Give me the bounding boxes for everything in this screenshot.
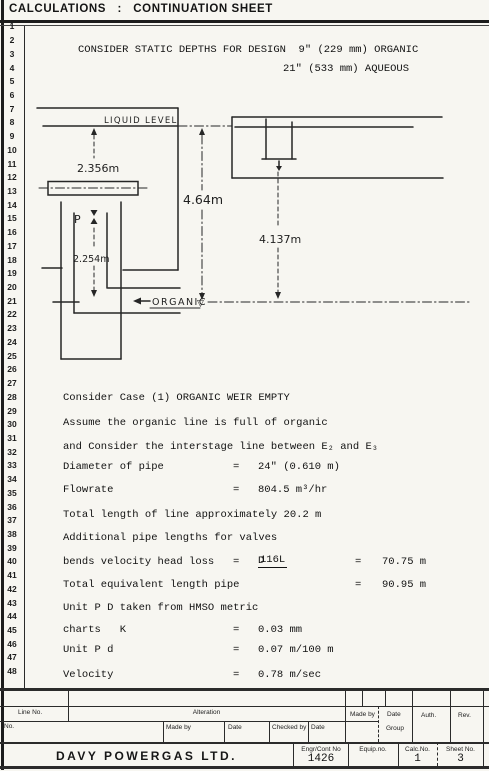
- row-text: Additional pipe lengths for valves: [63, 532, 277, 544]
- row-value: 804.5 m³/hr: [258, 484, 327, 496]
- row-label: Unit P d: [63, 644, 113, 656]
- weir-outlet-arrowhead: [276, 166, 282, 171]
- calc-no-label: Calc.No.: [399, 746, 436, 753]
- right-vessel-outline: [232, 117, 443, 178]
- row-text: Assume the organic line is full of organ…: [63, 417, 328, 429]
- dimension-upper-left: 2.356m: [77, 128, 119, 175]
- equals-sign: =: [233, 644, 239, 656]
- calc-row: and Consider the interstage line between…: [0, 441, 489, 455]
- level-symbol: ▽: [197, 299, 204, 309]
- pump-label: P: [74, 213, 81, 226]
- row-value: 0.03 mm: [258, 624, 302, 636]
- divider: [0, 721, 378, 722]
- equals-sign: =: [233, 461, 239, 473]
- row-value: 0.07 m/100 m: [258, 644, 334, 656]
- equals-sign: =: [355, 556, 361, 568]
- divider: [450, 688, 451, 742]
- checked-by-label: Checked by: [272, 724, 306, 731]
- date-label: Date: [228, 724, 242, 731]
- calc-row: Flowrate = 804.5 m³/hr: [0, 484, 489, 498]
- equip-no-label: Equip.no.: [349, 746, 397, 753]
- row-text: Consider Case (1) ORGANIC WEIR EMPTY: [63, 392, 290, 404]
- calc-row: Total equivalent length pipe = 90.95 m: [0, 579, 489, 593]
- pump-marker: P: [74, 210, 98, 226]
- divider: [345, 688, 346, 742]
- made-by-label: Made by: [166, 724, 191, 731]
- divider: [224, 721, 225, 742]
- divider: [293, 742, 294, 766]
- calc-row: bends velocity head loss = 116LD = 70.75…: [0, 556, 489, 570]
- calc-row: Diameter of pipe = 24" (0.610 m): [0, 461, 489, 475]
- divider: [483, 688, 484, 766]
- dimension-right: 4.137m: [259, 172, 301, 299]
- calc-row: Unit P d = 0.07 m/100 m: [0, 644, 489, 658]
- row-label: Flowrate: [63, 484, 113, 496]
- row-text: Total length of line approximately 20.2 …: [63, 509, 321, 521]
- sheet-no-value: 3: [438, 753, 483, 765]
- calc-row: charts K = 0.03 mm: [0, 624, 489, 638]
- row-label: bends velocity head loss: [63, 556, 214, 568]
- dim-label-2356: 2.356m: [77, 162, 119, 175]
- row-value: 24" (0.610 m): [258, 461, 340, 473]
- title-block: Line No. Alteration Made by Date Auth. R…: [0, 688, 489, 771]
- divider: [362, 688, 363, 706]
- organic-level-annotation: ORGANIC ▽: [133, 297, 470, 309]
- date-label: Date: [387, 711, 401, 718]
- no-label: No.: [4, 723, 14, 730]
- company-name: DAVY POWERGAS LTD.: [0, 749, 293, 763]
- calc-row: Consider Case (1) ORGANIC WEIR EMPTY: [0, 392, 489, 406]
- divider: [308, 721, 309, 742]
- row-label: charts K: [63, 624, 126, 636]
- left-vessel-outline: [37, 108, 180, 359]
- calc-row: Velocity = 0.78 m/sec: [0, 669, 489, 683]
- calculation-sheet: CALCULATIONS : CONTINUATION SHEET 123456…: [0, 0, 489, 771]
- row-value: 0.78 m/sec: [258, 669, 321, 681]
- equals-sign: =: [233, 484, 239, 496]
- divider: [163, 721, 164, 742]
- rev-label: Rev.: [458, 712, 471, 719]
- row-value: 90.95 m: [382, 579, 426, 591]
- left-vessel-centerlines: [39, 126, 232, 188]
- calc-no-value: 1: [399, 753, 436, 765]
- dimension-lower-left: 2.254m: [73, 228, 109, 297]
- calc-row: Additional pipe lengths for valves: [0, 532, 489, 546]
- divider: [0, 742, 489, 744]
- divider: [0, 706, 489, 707]
- equals-sign: =: [233, 669, 239, 681]
- row-label: Velocity: [63, 669, 113, 681]
- fraction-denominator: D: [258, 555, 264, 567]
- date-label: Date: [311, 724, 325, 731]
- made-by-label: Made by: [350, 711, 375, 718]
- divider: [378, 706, 379, 742]
- auth-label: Auth.: [421, 712, 436, 719]
- divider: [412, 688, 413, 742]
- group-label: Group: [378, 725, 412, 732]
- engr-cont-no-label: Engr/Cont No: [295, 746, 347, 753]
- divider: [269, 721, 270, 742]
- equals-sign: =: [233, 624, 239, 636]
- divider: [0, 688, 489, 691]
- dim-label-4137: 4.137m: [259, 233, 301, 246]
- engr-cont-no-value: 1426: [295, 753, 347, 765]
- divider: [0, 766, 489, 769]
- calc-row: Unit P D taken from HMSO metric: [0, 602, 489, 616]
- divider: [385, 688, 386, 706]
- dim-label-2254: 2.254m: [73, 254, 109, 265]
- equals-sign: =: [355, 579, 361, 591]
- row-label: Total equivalent length pipe: [63, 579, 239, 591]
- line-no-label: Line No.: [18, 709, 42, 716]
- row-label: Diameter of pipe: [63, 461, 164, 473]
- calc-row: Assume the organic line is full of organ…: [0, 417, 489, 431]
- row-value: 70.75 m: [382, 556, 426, 568]
- dim-label-464: 4.64m: [183, 192, 223, 207]
- row-text: and Consider the interstage line between…: [63, 441, 378, 453]
- row-text: Unit P D taken from HMSO metric: [63, 602, 258, 614]
- liquid-level-label: LIQUID LEVEL: [104, 116, 178, 126]
- dimension-center: 4.64m: [183, 128, 223, 300]
- alteration-label: Alteration: [68, 709, 345, 716]
- sheet-no-label: Sheet No.: [438, 746, 483, 753]
- calc-row: Total length of line approximately 20.2 …: [0, 509, 489, 523]
- equals-sign: =: [233, 556, 239, 568]
- divider: [68, 688, 69, 721]
